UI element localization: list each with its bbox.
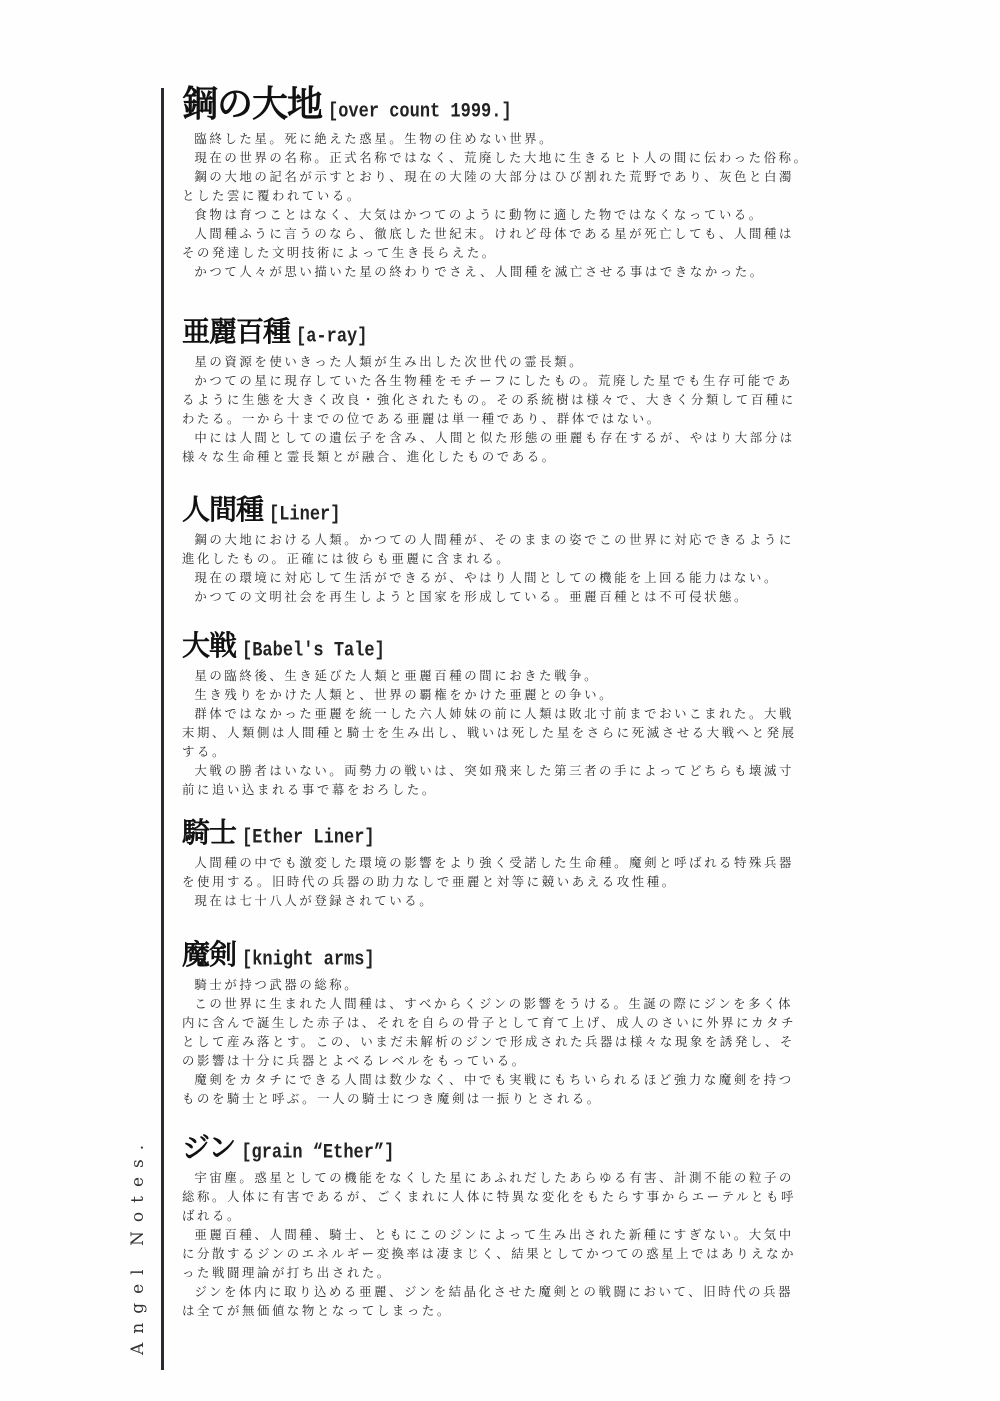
text-line: は全てが無価値な物となってしまった。	[182, 1301, 832, 1320]
angel-notes-label: Angel Notes.	[128, 1136, 148, 1355]
section-body: 鋼の大地における人類。かつての人間種が、そのままの姿でこの世界に対応できるように…	[182, 530, 832, 606]
section-grain-ether: ジン [grain “Ether”] 宇宙塵。惑星としての機能をなくした星にあふ…	[182, 1126, 832, 1320]
text-line: この世界に生まれた人間種は、すべからくジンの影響をうける。生誕の際にジンを多く体	[182, 994, 832, 1013]
heading-jp: 人間種	[182, 488, 263, 528]
text-line: 魔剣をカタチにできる人間は数少なく、中でも実戦にもちいられるほど強力な魔剣を持つ	[182, 1070, 832, 1089]
text-line: として産み落とす。この、いまだ未解析のジンで形成された兵器は様々な現象を誘発し、…	[182, 1032, 832, 1051]
section-heading: 亜麗百種 [a-ray]	[182, 310, 832, 350]
text-line: 進化したもの。正確には彼らも亜麗に含まれる。	[182, 549, 832, 568]
text-line: 臨終した星。死に絶えた惑星。生物の住めない世界。	[182, 129, 832, 148]
section-body: 星の資源を使いきった人類が生み出した次世代の霊長類。かつての星に現存していた各生…	[182, 352, 832, 466]
section-heading: 騎士 [Ether Liner]	[182, 811, 832, 851]
section-knight-arms: 魔剣 [knight arms] 騎士が持つ武器の総称。この世界に生まれた人間種…	[182, 933, 832, 1108]
text-line: 内に含んで誕生した赤子は、それを自らの骨子として育て上げ、成人のさいに外界にカタ…	[182, 1013, 832, 1032]
section-heading: 大戦 [Babel's Tale]	[182, 624, 832, 664]
text-line: わたる。一から十までの位である亜麗は単一種であり、群体ではない。	[182, 409, 832, 428]
section-body: 騎士が持つ武器の総称。この世界に生まれた人間種は、すべからくジンの影響をうける。…	[182, 975, 832, 1108]
section-body: 星の臨終後、生き延びた人類と亜麗百種の間におきた戦争。生き残りをかけた人類と、世…	[182, 666, 832, 799]
text-line: の影響は十分に兵器とよべるレベルをもっている。	[182, 1051, 832, 1070]
text-line: 総称。人体に有害であるが、ごくまれに人体に特異な変化をもたらす事からエーテルとも…	[182, 1187, 832, 1206]
heading-jp: ジン	[182, 1126, 235, 1166]
text-line: 人間種の中でも激変した環境の影響をより強く受諾した生命種。魔剣と呼ばれる特殊兵器	[182, 853, 832, 872]
section-ether-liner: 騎士 [Ether Liner] 人間種の中でも激変した環境の影響をより強く受諾…	[182, 811, 832, 910]
text-line: を使用する。旧時代の兵器の助力なしで亜麗と対等に競いあえる攻性種。	[182, 872, 832, 891]
text-line: 星の臨終後、生き延びた人類と亜麗百種の間におきた戦争。	[182, 666, 832, 685]
heading-en: [knight arms]	[242, 949, 375, 972]
text-line: 末期、人類側は人間種と騎士を生み出し、戦いは死した星をさらに死滅させる大戦へと発…	[182, 723, 832, 742]
text-line: ばれる。	[182, 1206, 832, 1225]
text-line: ジンを体内に取り込める亜麗、ジンを結晶化させた魔剣との戦闘において、旧時代の兵器	[182, 1282, 832, 1301]
text-line: かつての星に現存していた各生物種をモチーフにしたもの。荒廃した星でも生存可能であ	[182, 371, 832, 390]
heading-jp: 鋼の大地	[182, 76, 322, 127]
text-line: 亜麗百種、人間種、騎士、ともにこのジンによって生み出された新種にすぎない。大気中	[182, 1225, 832, 1244]
section-body: 人間種の中でも激変した環境の影響をより強く受諾した生命種。魔剣と呼ばれる特殊兵器…	[182, 853, 832, 910]
section-liner: 人間種 [Liner] 鋼の大地における人類。かつての人間種が、そのままの姿でこ…	[182, 488, 832, 606]
section-babels-tale: 大戦 [Babel's Tale] 星の臨終後、生き延びた人類と亜麗百種の間にお…	[182, 624, 832, 799]
text-line: 様々な生命種と霊長類とが融合、進化したものである。	[182, 447, 832, 466]
heading-en: [Ether Liner]	[242, 827, 375, 850]
section-body: 宇宙塵。惑星としての機能をなくした星にあふれだしたあらゆる有害、計測不能の粒子の…	[182, 1168, 832, 1320]
text-line: 星の資源を使いきった人類が生み出した次世代の霊長類。	[182, 352, 832, 371]
section-heading: 人間種 [Liner]	[182, 488, 832, 528]
section-a-ray: 亜麗百種 [a-ray] 星の資源を使いきった人類が生み出した次世代の霊長類。か…	[182, 310, 832, 466]
text-line: 現在は七十八人が登録されている。	[182, 891, 832, 910]
text-line: 前に追い込まれる事で幕をおろした。	[182, 780, 832, 799]
heading-en: [grain “Ether”]	[241, 1142, 394, 1165]
text-line: 鋼の大地の記名が示すとおり、現在の大陸の大部分はひび割れた荒野であり、灰色と白濁	[182, 167, 832, 186]
margin-rule	[161, 88, 164, 1370]
heading-en: [a-ray]	[296, 326, 367, 349]
text-line: 群体ではなかった亜麗を統一した六人姉妹の前に人類は敗北寸前までおいこまれた。大戦	[182, 704, 832, 723]
heading-jp: 亜麗百種	[182, 310, 290, 350]
heading-jp: 騎士	[182, 811, 236, 851]
text-line: った戦闘理論が打ち出された。	[182, 1263, 832, 1282]
section-heading: ジン [grain “Ether”]	[182, 1126, 832, 1166]
text-line: 中には人間としての遺伝子を含み、人間と似た形態の亜麗も存在するが、やはり大部分は	[182, 428, 832, 447]
text-line: とした雲に覆われている。	[182, 186, 832, 205]
section-heading: 鋼の大地 [over count 1999.]	[182, 76, 832, 127]
text-line: かつて人々が思い描いた星の終わりでさえ、人間種を滅亡させる事はできなかった。	[182, 262, 832, 281]
section-body: 臨終した星。死に絶えた惑星。生物の住めない世界。現在の世界の名称。正式名称ではな…	[182, 129, 832, 281]
text-line: に分散するジンのエネルギー変換率は凄まじく、結果としてかつての惑星上ではありえな…	[182, 1244, 832, 1263]
text-line: する。	[182, 742, 832, 761]
text-line: るように生態を大きく改良・強化されたもの。その系統樹は様々で、大きく分類して百種…	[182, 390, 832, 409]
text-line: 宇宙塵。惑星としての機能をなくした星にあふれだしたあらゆる有害、計測不能の粒子の	[182, 1168, 832, 1187]
text-line: ものを騎士と呼ぶ。一人の騎士につき魔剣は一振りとされる。	[182, 1089, 832, 1108]
heading-en: [Liner]	[269, 504, 340, 527]
section-heading: 魔剣 [knight arms]	[182, 933, 832, 973]
text-line: 現在の環境に対応して生活ができるが、やはり人間としての機能を上回る能力はない。	[182, 568, 832, 587]
heading-en: [over count 1999.]	[328, 101, 512, 124]
heading-jp: 大戦	[182, 624, 236, 664]
text-line: 現在の世界の名称。正式名称ではなく、荒廃した大地に生きるヒト人の間に伝わった俗称…	[182, 148, 832, 167]
section-hagane-no-daichi: 鋼の大地 [over count 1999.] 臨終した星。死に絶えた惑星。生物…	[182, 76, 832, 281]
text-line: 生き残りをかけた人類と、世界の覇権をかけた亜麗との争い。	[182, 685, 832, 704]
text-line: 大戦の勝者はいない。両勢力の戦いは、突如飛来した第三者の手によってどちらも壊滅寸	[182, 761, 832, 780]
text-line: その発達した文明技術によって生き長らえた。	[182, 243, 832, 262]
heading-en: [Babel's Tale]	[242, 640, 385, 663]
text-line: 食物は育つことはなく、大気はかつてのように動物に適した物ではなくなっている。	[182, 205, 832, 224]
text-line: かつての文明社会を再生しようと国家を形成している。亜麗百種とは不可侵状態。	[182, 587, 832, 606]
text-line: 人間種ふうに言うのなら、徹底した世紀末。けれど母体である星が死亡しても、人間種は	[182, 224, 832, 243]
text-line: 鋼の大地における人類。かつての人間種が、そのままの姿でこの世界に対応できるように	[182, 530, 832, 549]
heading-jp: 魔剣	[182, 933, 236, 973]
text-line: 騎士が持つ武器の総称。	[182, 975, 832, 994]
